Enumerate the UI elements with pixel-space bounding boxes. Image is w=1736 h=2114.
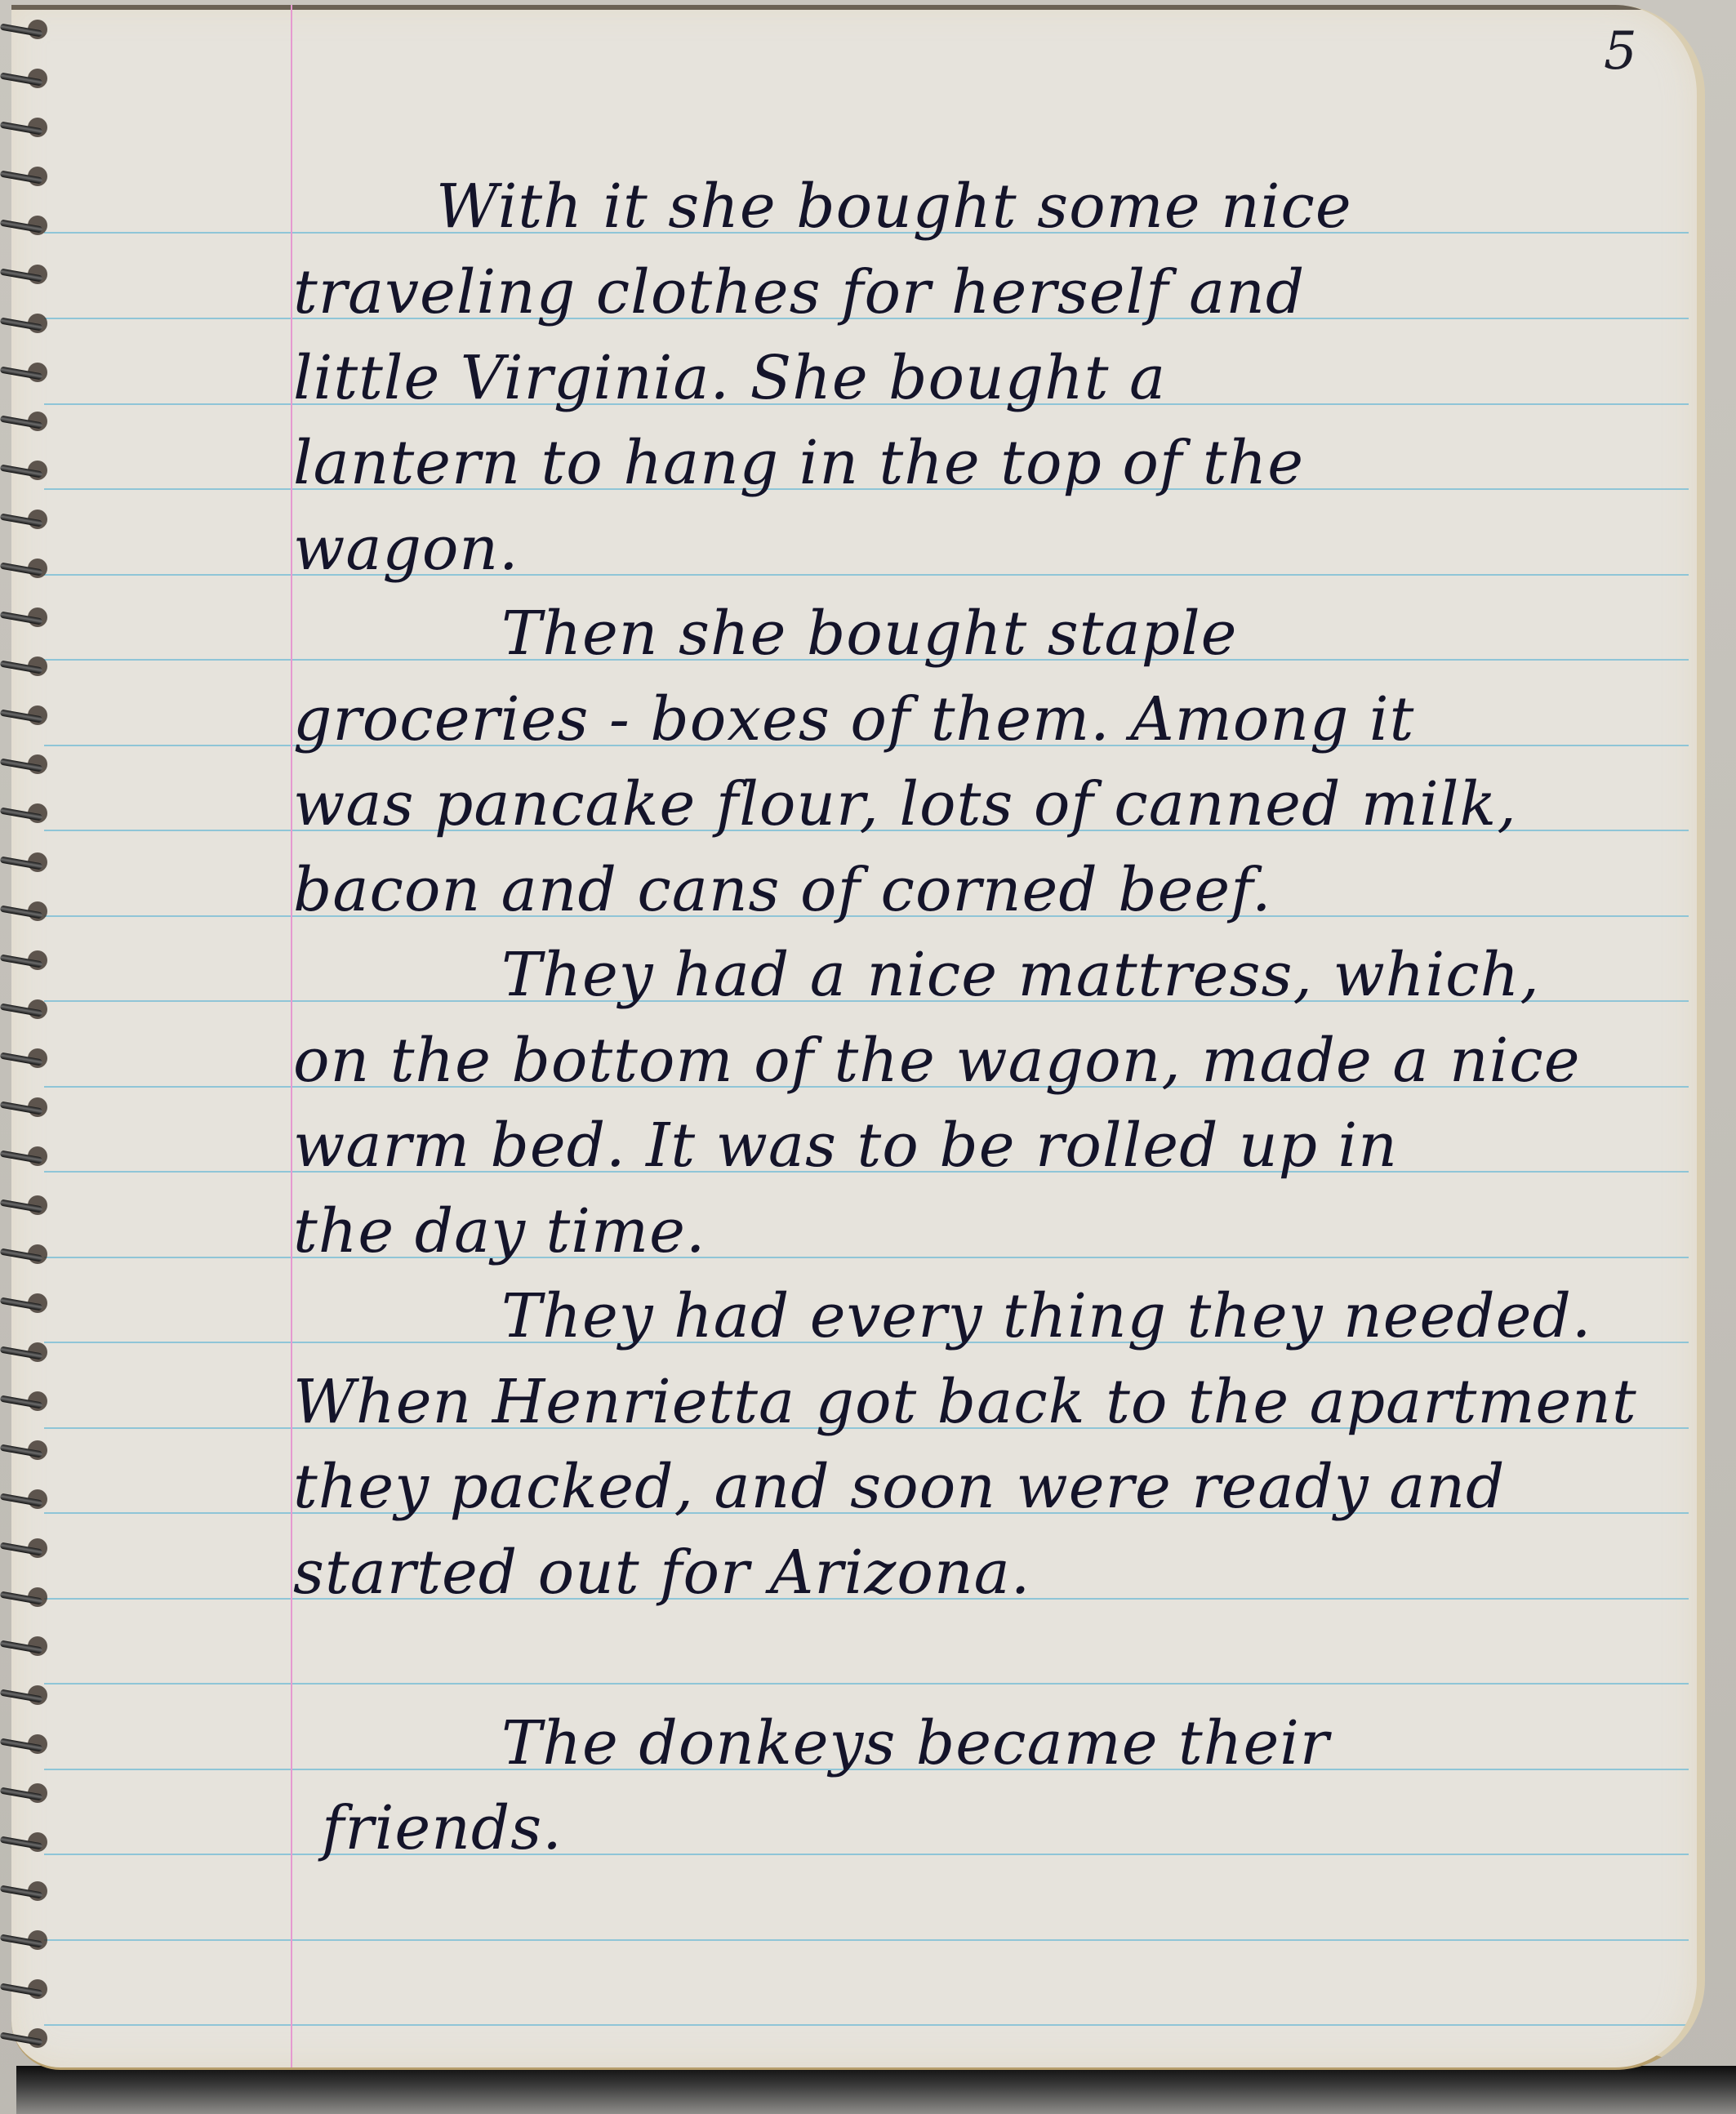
notebook-page: 5 With it she bought some nice traveling… [11, 5, 1705, 2070]
handwritten-line: little Virginia. She bought a [293, 348, 1166, 408]
margin-line [291, 5, 292, 2067]
spiral-coil [0, 73, 47, 85]
spiral-coil [0, 808, 47, 820]
page-bottom-shadow [16, 2066, 1736, 2114]
spiral-coil [0, 563, 47, 575]
spiral-coil [0, 318, 47, 330]
spiral-coil [0, 514, 47, 526]
spiral-coil [0, 416, 47, 428]
spiral-coil [0, 1984, 47, 1996]
handwritten-line: lantern to hang in the top of the [293, 433, 1304, 493]
handwritten-line: started out for Arizona. [293, 1542, 1030, 1603]
spiral-coil [0, 1004, 47, 1016]
handwritten-line: They had a nice mattress, which, [501, 945, 1540, 1005]
handwritten-line: on the bottom of the wagon, made a nice [293, 1030, 1581, 1091]
spiral-coil [0, 1249, 47, 1261]
handwritten-line: they packed, and soon were ready and [293, 1457, 1505, 1517]
spiral-coil [0, 1053, 47, 1065]
handwritten-line: When Henrietta got back to the apartment [293, 1372, 1637, 1432]
handwritten-line: With it she bought some nice [436, 176, 1352, 237]
spiral-coil [0, 1739, 47, 1751]
spiral-coil [0, 24, 47, 36]
spiral-coil [0, 1102, 47, 1114]
spiral-coil [0, 1151, 47, 1163]
spiral-coil [0, 220, 47, 232]
spiral-coil [0, 122, 47, 134]
handwritten-line: groceries - boxes of them. Among it [293, 689, 1414, 750]
spiral-coil [0, 710, 47, 722]
spiral-coil [0, 1788, 47, 1800]
spiral-coil [0, 1347, 47, 1359]
spiral-coil [0, 171, 47, 183]
spiral-coil [0, 1837, 47, 1849]
spiral-coil [0, 1396, 47, 1408]
spiral-coil [0, 269, 47, 281]
spiral-coil [0, 1543, 47, 1555]
handwritten-line: traveling clothes for herself and [293, 262, 1305, 323]
spiral-coil [0, 465, 47, 477]
spiral-binding [0, 16, 49, 2066]
spiral-coil [0, 759, 47, 771]
handwritten-line: friends. [322, 1798, 563, 1858]
spiral-coil [0, 1200, 47, 1212]
handwritten-line: Then she bought staple [501, 603, 1237, 664]
spiral-coil [0, 1935, 47, 1947]
spiral-coil [0, 1641, 47, 1653]
handwritten-line: warm bed. It was to be rolled up in [293, 1115, 1398, 1176]
page-number: 5 [1604, 21, 1637, 82]
handwritten-line: bacon and cans of corned beef. [293, 860, 1271, 920]
spiral-coil [0, 955, 47, 967]
page-top-edge [11, 5, 1697, 10]
spiral-coil [0, 1298, 47, 1310]
spiral-coil [0, 661, 47, 673]
spiral-coil [0, 1494, 47, 1506]
handwritten-line: wagon. [293, 518, 519, 579]
spiral-coil [0, 1690, 47, 1702]
handwritten-line: was pancake flour, lots of canned milk, [293, 774, 1517, 834]
spiral-coil [0, 612, 47, 624]
spiral-coil [0, 2033, 47, 2045]
handwritten-line: The donkeys became their [501, 1713, 1329, 1774]
handwritten-line: the day time. [293, 1201, 706, 1262]
spiral-coil [0, 1445, 47, 1457]
spiral-coil [0, 1592, 47, 1604]
handwritten-line: They had every thing they needed. [501, 1286, 1591, 1346]
spiral-coil [0, 906, 47, 918]
spiral-coil [0, 1886, 47, 1898]
spiral-coil [0, 857, 47, 869]
spiral-coil [0, 367, 47, 379]
